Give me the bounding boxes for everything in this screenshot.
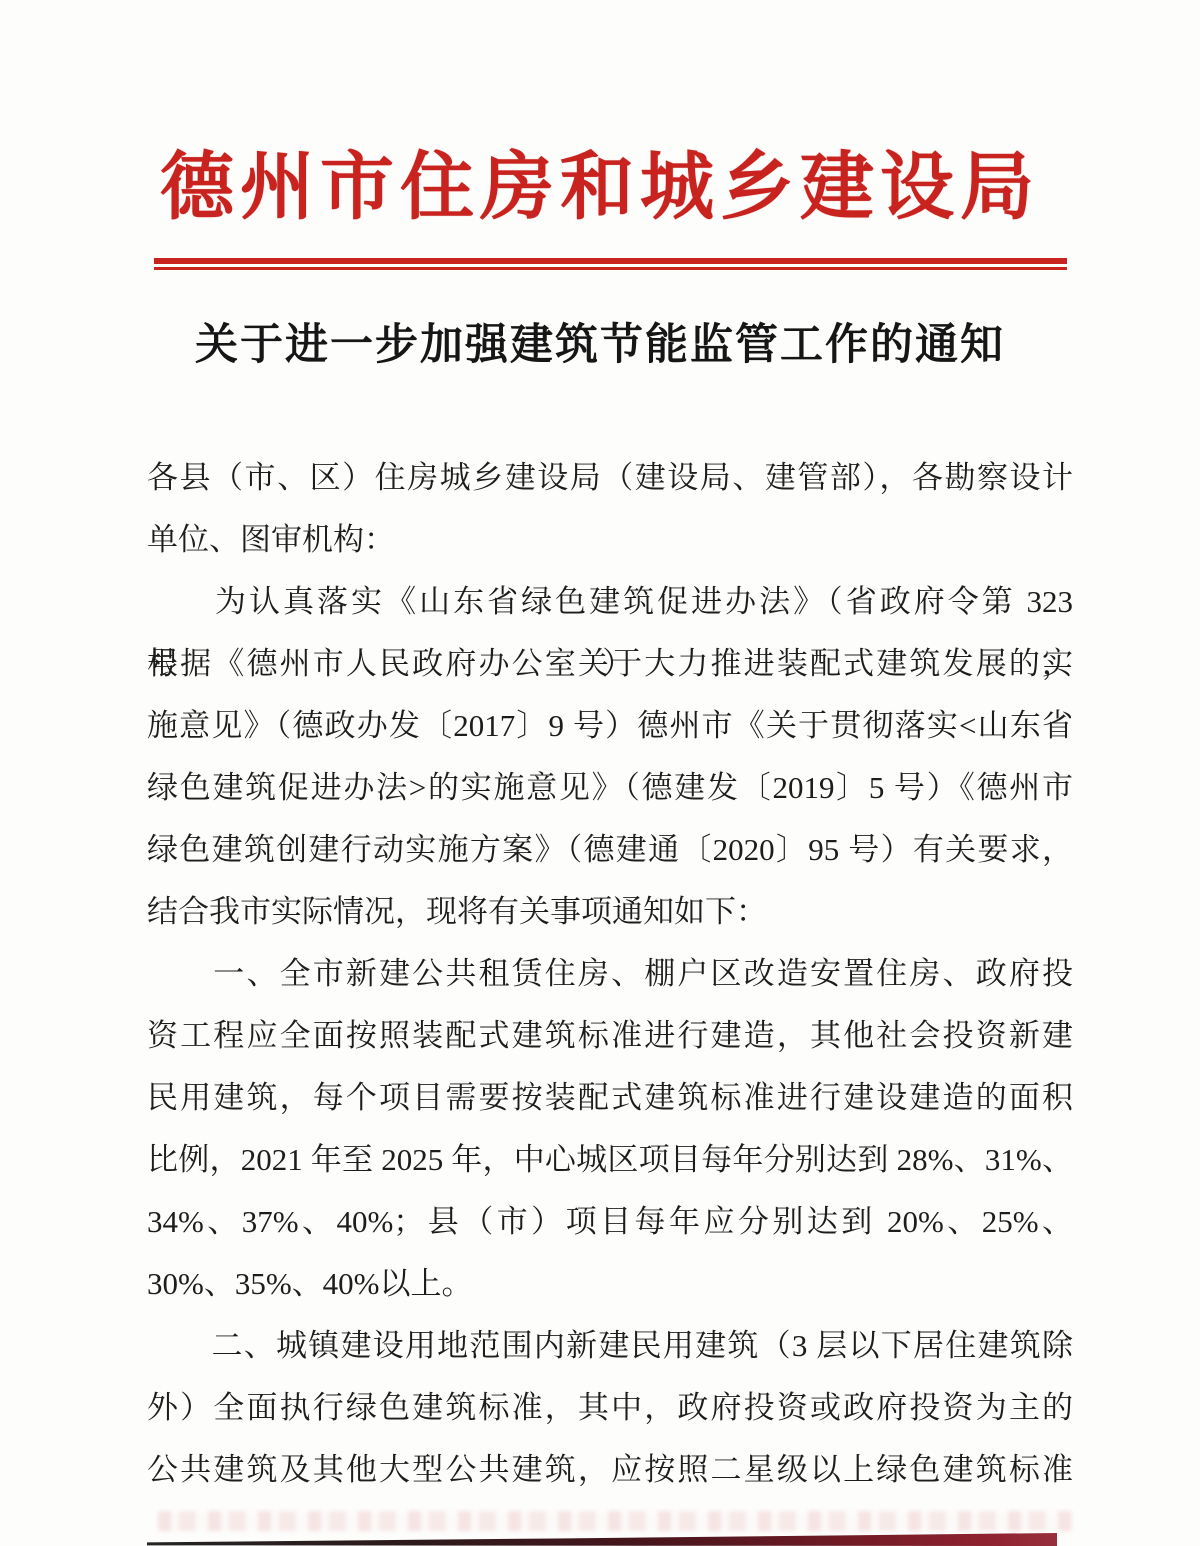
divider-thick-line <box>154 258 1067 264</box>
ink-bleedthrough-artifact <box>158 1511 1073 1531</box>
body-line: 资工程应全面按照装配式建筑标准进行建造，其他社会投资新建 <box>147 1005 1073 1067</box>
scan-edge-artifact <box>147 1533 1057 1546</box>
notice-body: 各县（市、区）住房城乡建设局（建设局、建管部），各勘察设计 单位、图审机构： 为… <box>147 447 1073 1501</box>
body-line: 绿色建筑促进办法>的实施意见》（德建发〔2019〕5 号）《德州市 <box>147 757 1073 819</box>
body-line: 绿色建筑创建行动实施方案》（德建通〔2020〕95 号）有关要求， <box>147 819 1073 881</box>
body-line: 比例，2021 年至 2025 年，中心城区项目每年分别达到 28%、31%、 <box>147 1129 1073 1191</box>
divider-thin-line <box>154 267 1067 270</box>
body-line: 施意见》（德政办发〔2017〕9 号）德州市《关于贯彻落实<山东省 <box>147 695 1073 757</box>
body-line: 公共建筑及其他大型公共建筑，应按照二星级以上绿色建筑标准 <box>147 1439 1073 1501</box>
body-line: 民用建筑，每个项目需要按装配式建筑标准进行建设建造的面积 <box>147 1067 1073 1129</box>
body-line: 单位、图审机构： <box>147 509 1073 571</box>
letterhead-divider-rule <box>154 258 1067 270</box>
body-line: 34%、37%、40%；县（市）项目每年应分别达到 20%、25%、 <box>147 1191 1073 1253</box>
body-line: 30%、35%、40%以上。 <box>147 1253 1073 1315</box>
body-line: 外）全面执行绿色建筑标准，其中，政府投资或政府投资为主的 <box>147 1377 1073 1439</box>
notice-title: 关于进一步加强建筑节能监管工作的通知 <box>0 320 1200 372</box>
scanned-document-page: 德州市住房和城乡建设局 关于进一步加强建筑节能监管工作的通知 各县（市、区）住房… <box>0 0 1200 1546</box>
body-line: 根据《德州市人民政府办公室关于大力推进装配式建筑发展的实 <box>147 633 1073 695</box>
body-line: 二、城镇建设用地范围内新建民用建筑（3 层以下居住建筑除 <box>147 1315 1073 1377</box>
body-line: 结合我市实际情况，现将有关事项通知如下： <box>147 881 1073 943</box>
body-line: 为认真落实《山东省绿色建筑促进办法》（省政府令第 323 号）， <box>147 571 1073 633</box>
body-line: 各县（市、区）住房城乡建设局（建设局、建管部），各勘察设计 <box>147 447 1073 509</box>
letterhead-agency-name: 德州市住房和城乡建设局 <box>0 146 1200 231</box>
body-line: 一、全市新建公共租赁住房、棚户区改造安置住房、政府投 <box>147 943 1073 1005</box>
